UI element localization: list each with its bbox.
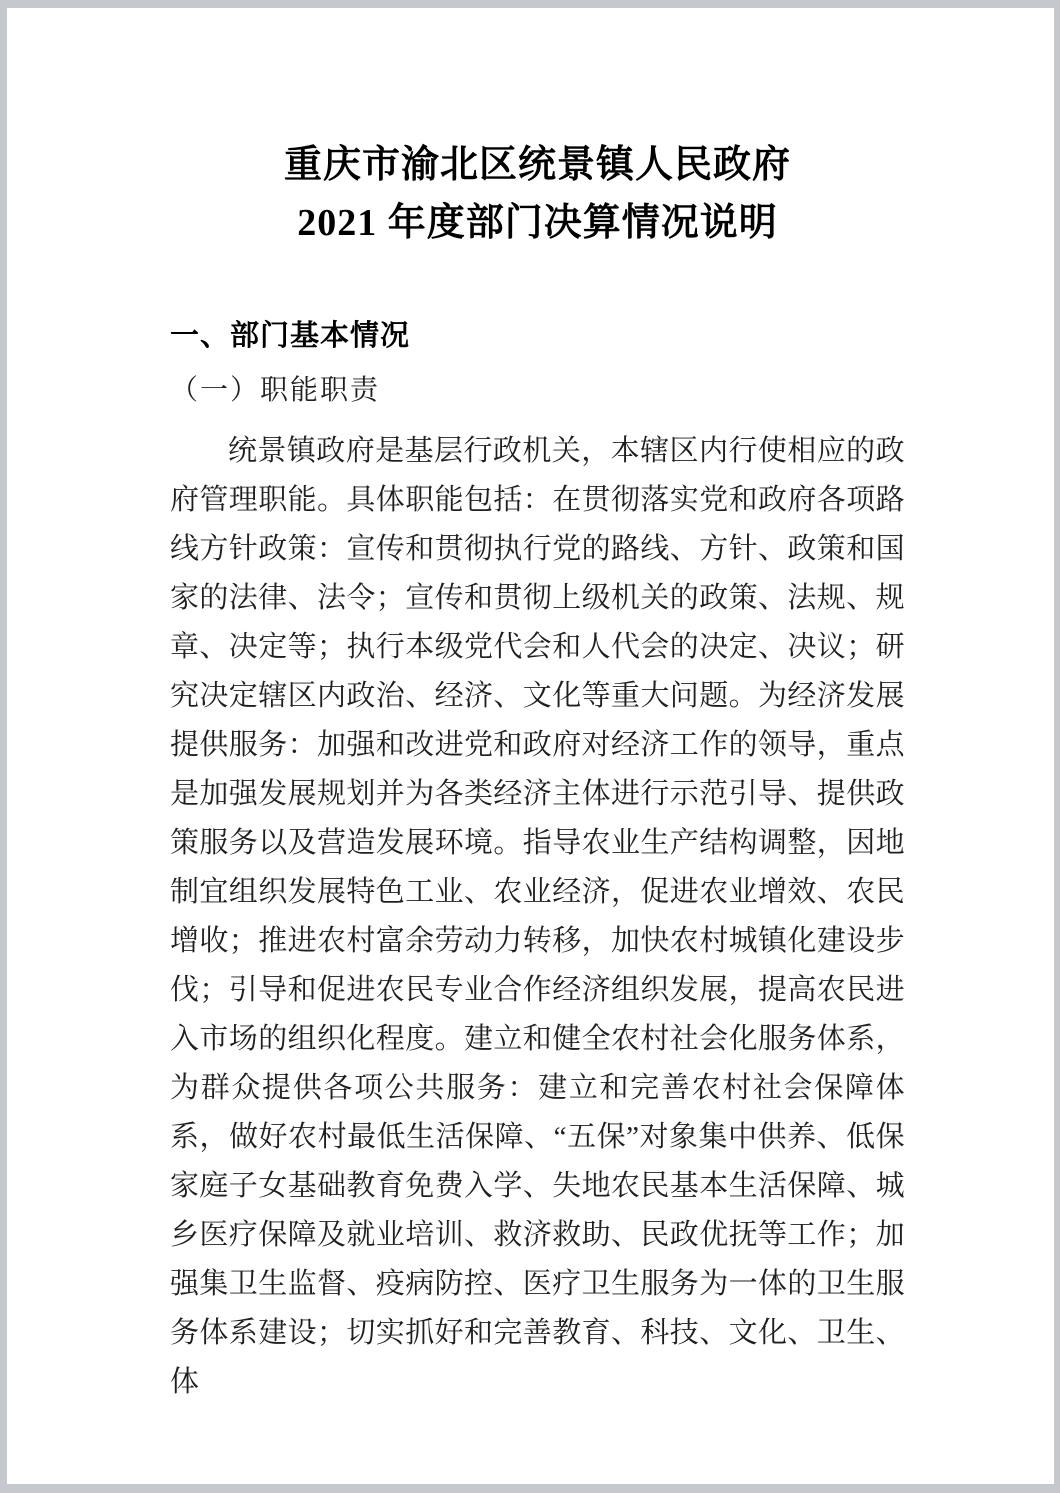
document-page: 重庆市渝北区统景镇人民政府 2021 年度部门决算情况说明 一、部门基本情况 （… [7,8,1054,1484]
document-viewport: 重庆市渝北区统景镇人民政府 2021 年度部门决算情况说明 一、部门基本情况 （… [0,0,1060,1493]
subsection-heading: （一）职能职责 [170,371,905,411]
body-paragraph: 统景镇政府是基层行政机关，本辖区内行使相应的政府管理职能。具体职能包括：在贯彻落… [170,427,905,1407]
doc-title-line2: 2021 年度部门决算情况说明 [170,194,905,252]
section-heading: 一、部门基本情况 [170,316,905,356]
doc-title-line1: 重庆市渝北区统景镇人民政府 [170,136,905,194]
